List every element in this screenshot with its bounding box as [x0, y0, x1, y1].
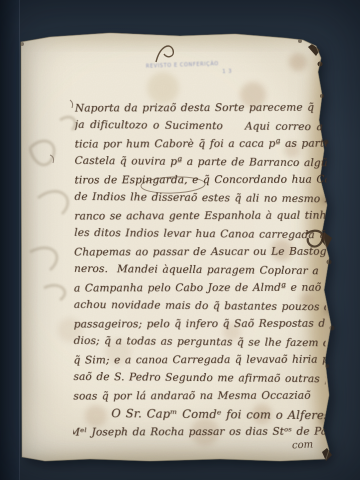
manuscript-line: saõ de S. Pedro Segundo me afirmaõ outra… — [73, 368, 325, 388]
manuscript-line: achou novidade mais do q̃ bastantes pouz… — [74, 296, 326, 316]
manuscript-line: ranco se achava gente Espanhola à qual t… — [74, 207, 326, 226]
manuscript-line: Castela q̃ ouvira pª a parte de Barranco… — [75, 152, 327, 172]
manuscript-text-block: Naporta da prizaõ desta Sorte pareceme q… — [73, 98, 327, 451]
manuscript-line: ja dificultozo o Sucimento Aqui correo a… — [75, 116, 327, 136]
manuscript-line: ticia por hum Caborè q̃ foi a caca pª as… — [75, 135, 327, 154]
manuscript-line: dios; q̃ a todas as perguntas q̃ se lhe … — [74, 332, 326, 352]
manuscript-line: de Indios lhe disseraõ estes q̃ ali no m… — [74, 188, 326, 208]
manuscript-photo: revisto e conferição 1 3 Naporta da priz… — [0, 0, 360, 480]
manuscript-line: les ditos Indios levar hua Canoa carrega… — [74, 224, 326, 244]
manuscript-line: Mᵉˡ Joseph da Rocha passar os dias Stᵒˢ … — [73, 423, 325, 442]
manuscript-line: soas q̃ por lá andaraõ na Mesma Occaziaõ — [73, 387, 325, 406]
manuscript-line: tiros de Espingarda, e q̃ Concordando hu… — [74, 171, 326, 190]
manuscript-line: a Campanha pelo Cabo Joze de Almdª e naõ — [74, 279, 326, 298]
manuscript-line: q̃ Sim; e a canoa Carregada q̃ levavaõ h… — [74, 351, 326, 370]
catchword: com — [292, 439, 314, 451]
manuscript-line: O Sr. Capᵐ Comdᵉ foi com o Alferes — [111, 404, 325, 424]
manuscript-line: neros. Mandei àquella paragem Coplorar a — [74, 260, 326, 280]
manuscript-line: Naporta da prizaõ desta Sorte pareceme q… — [75, 99, 327, 118]
manuscript-line: passageiros; pelo q̃ infero q̃ Saõ Respo… — [74, 315, 326, 334]
manuscript-line: Chapemas ao passar de Asucar ou Le Basto… — [74, 243, 326, 262]
archive-stamp: revisto e conferição 1 3 — [146, 59, 242, 78]
